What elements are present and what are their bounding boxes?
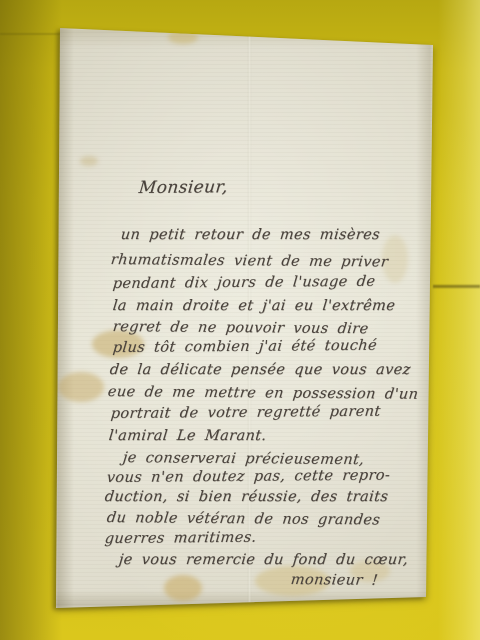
letter-line: Monsieur, bbox=[138, 179, 229, 197]
letter-line: plus tôt combien j'ai été touché bbox=[112, 339, 378, 356]
letter-paper-shadow: Monsieur,un petit retour de mes misèresr… bbox=[0, 0, 480, 640]
letter-line: du noble vétéran de nos grandes bbox=[106, 511, 381, 528]
letter-line: je conserverai précieusement, bbox=[122, 451, 365, 468]
letter-paper-sheet: Monsieur,un petit retour de mes misèresr… bbox=[0, 0, 480, 640]
letter-line: duction, si bien réussie, des traits bbox=[104, 490, 389, 505]
handwritten-text: Monsieur,un petit retour de mes misèresr… bbox=[0, 0, 480, 640]
letter-line: je vous remercie du fond du cœur, bbox=[118, 553, 409, 568]
letter-line: de la délicate pensée que vous avez bbox=[109, 363, 411, 378]
letter-line: monsieur ! bbox=[290, 573, 379, 588]
letter-line: eue de me mettre en possession d'un bbox=[107, 385, 419, 402]
letter-line: portrait de votre regretté parent bbox=[110, 405, 381, 422]
letter-line: rhumatismales vient de me priver bbox=[110, 253, 389, 270]
letter-line: regret de ne pouvoir vous dire bbox=[112, 320, 369, 337]
letter-line: un petit retour de mes misères bbox=[120, 228, 381, 243]
letter-line: guerres maritimes. bbox=[104, 531, 257, 547]
photo-background: Monsieur,un petit retour de mes misèresr… bbox=[0, 0, 480, 640]
letter-line: l'amiral Le Marant. bbox=[108, 429, 267, 444]
letter-line: pendant dix jours de l'usage de bbox=[112, 275, 376, 292]
letter-line: la main droite et j'ai eu l'extrême bbox=[112, 299, 396, 314]
letter-line: vous n'en doutez pas, cette repro- bbox=[106, 469, 391, 486]
